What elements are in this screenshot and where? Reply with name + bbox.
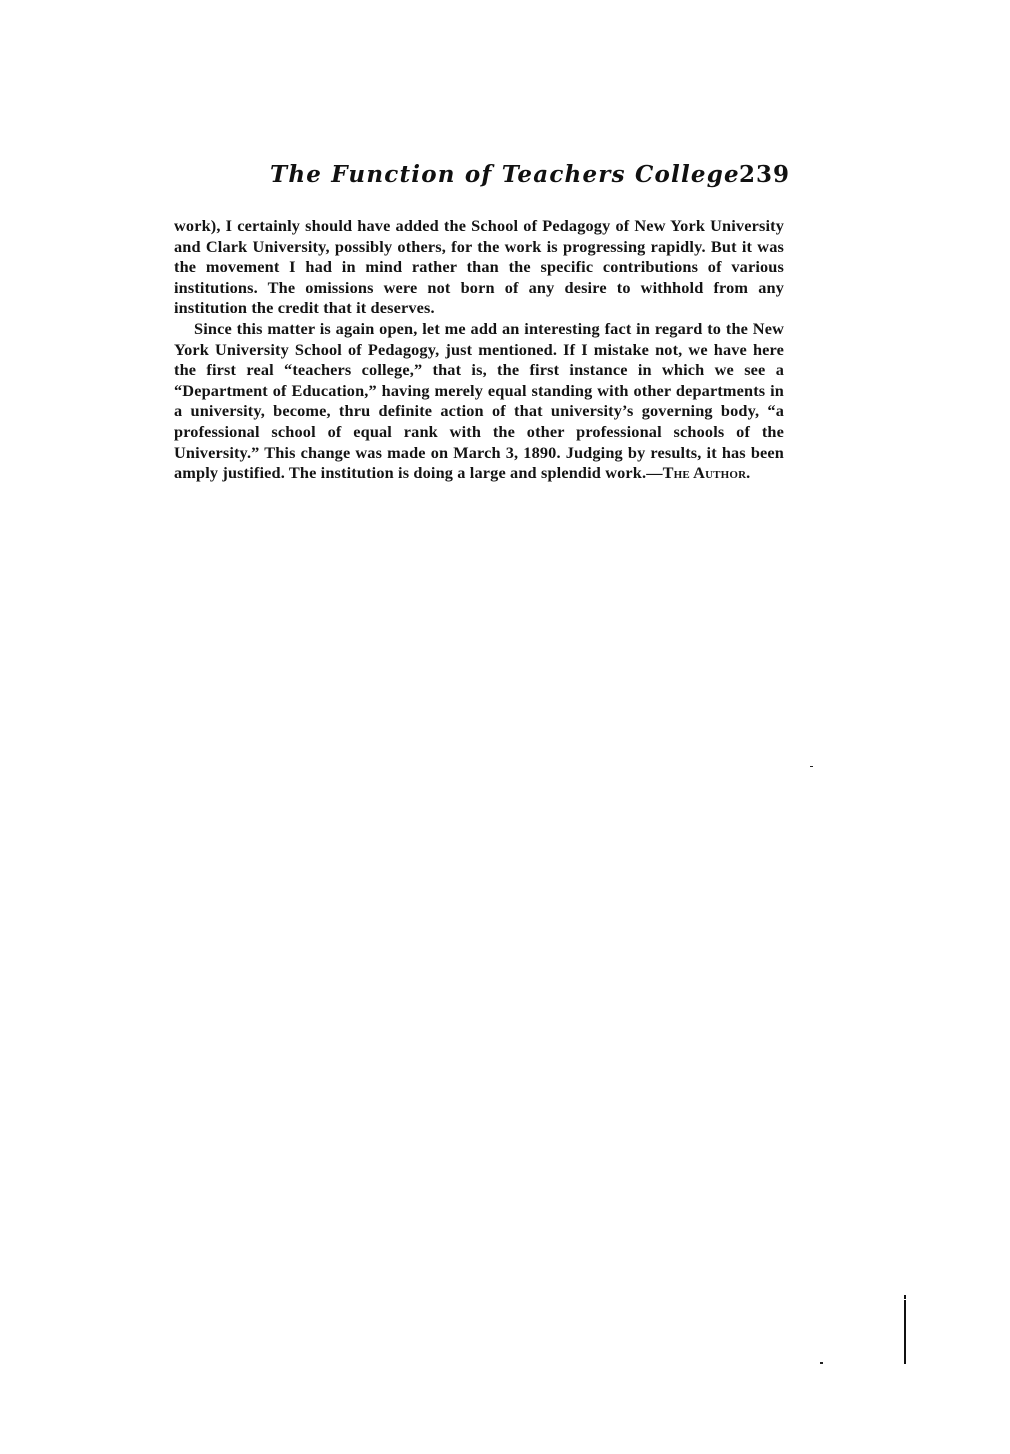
paragraph-author-note: Since this matter is again open, let me … [174,319,784,484]
page-number: 239 [739,161,790,188]
scan-speck [810,766,813,767]
scanned-book-page: The Function of Teachers College 239 wor… [0,0,1010,1454]
paragraph-text: Since this matter is again open, let me … [174,319,784,482]
running-head: The Function of Teachers College 239 [260,161,790,195]
paragraph-continued: work), I certainly should have added the… [174,216,784,319]
body-text: work), I certainly should have added the… [174,216,784,484]
author-signature: The Author. [663,463,751,482]
scan-speck [820,1362,823,1364]
scan-edge-mark [904,1300,906,1364]
running-title: The Function of Teachers College [270,161,740,188]
scan-edge-mark [904,1295,906,1299]
